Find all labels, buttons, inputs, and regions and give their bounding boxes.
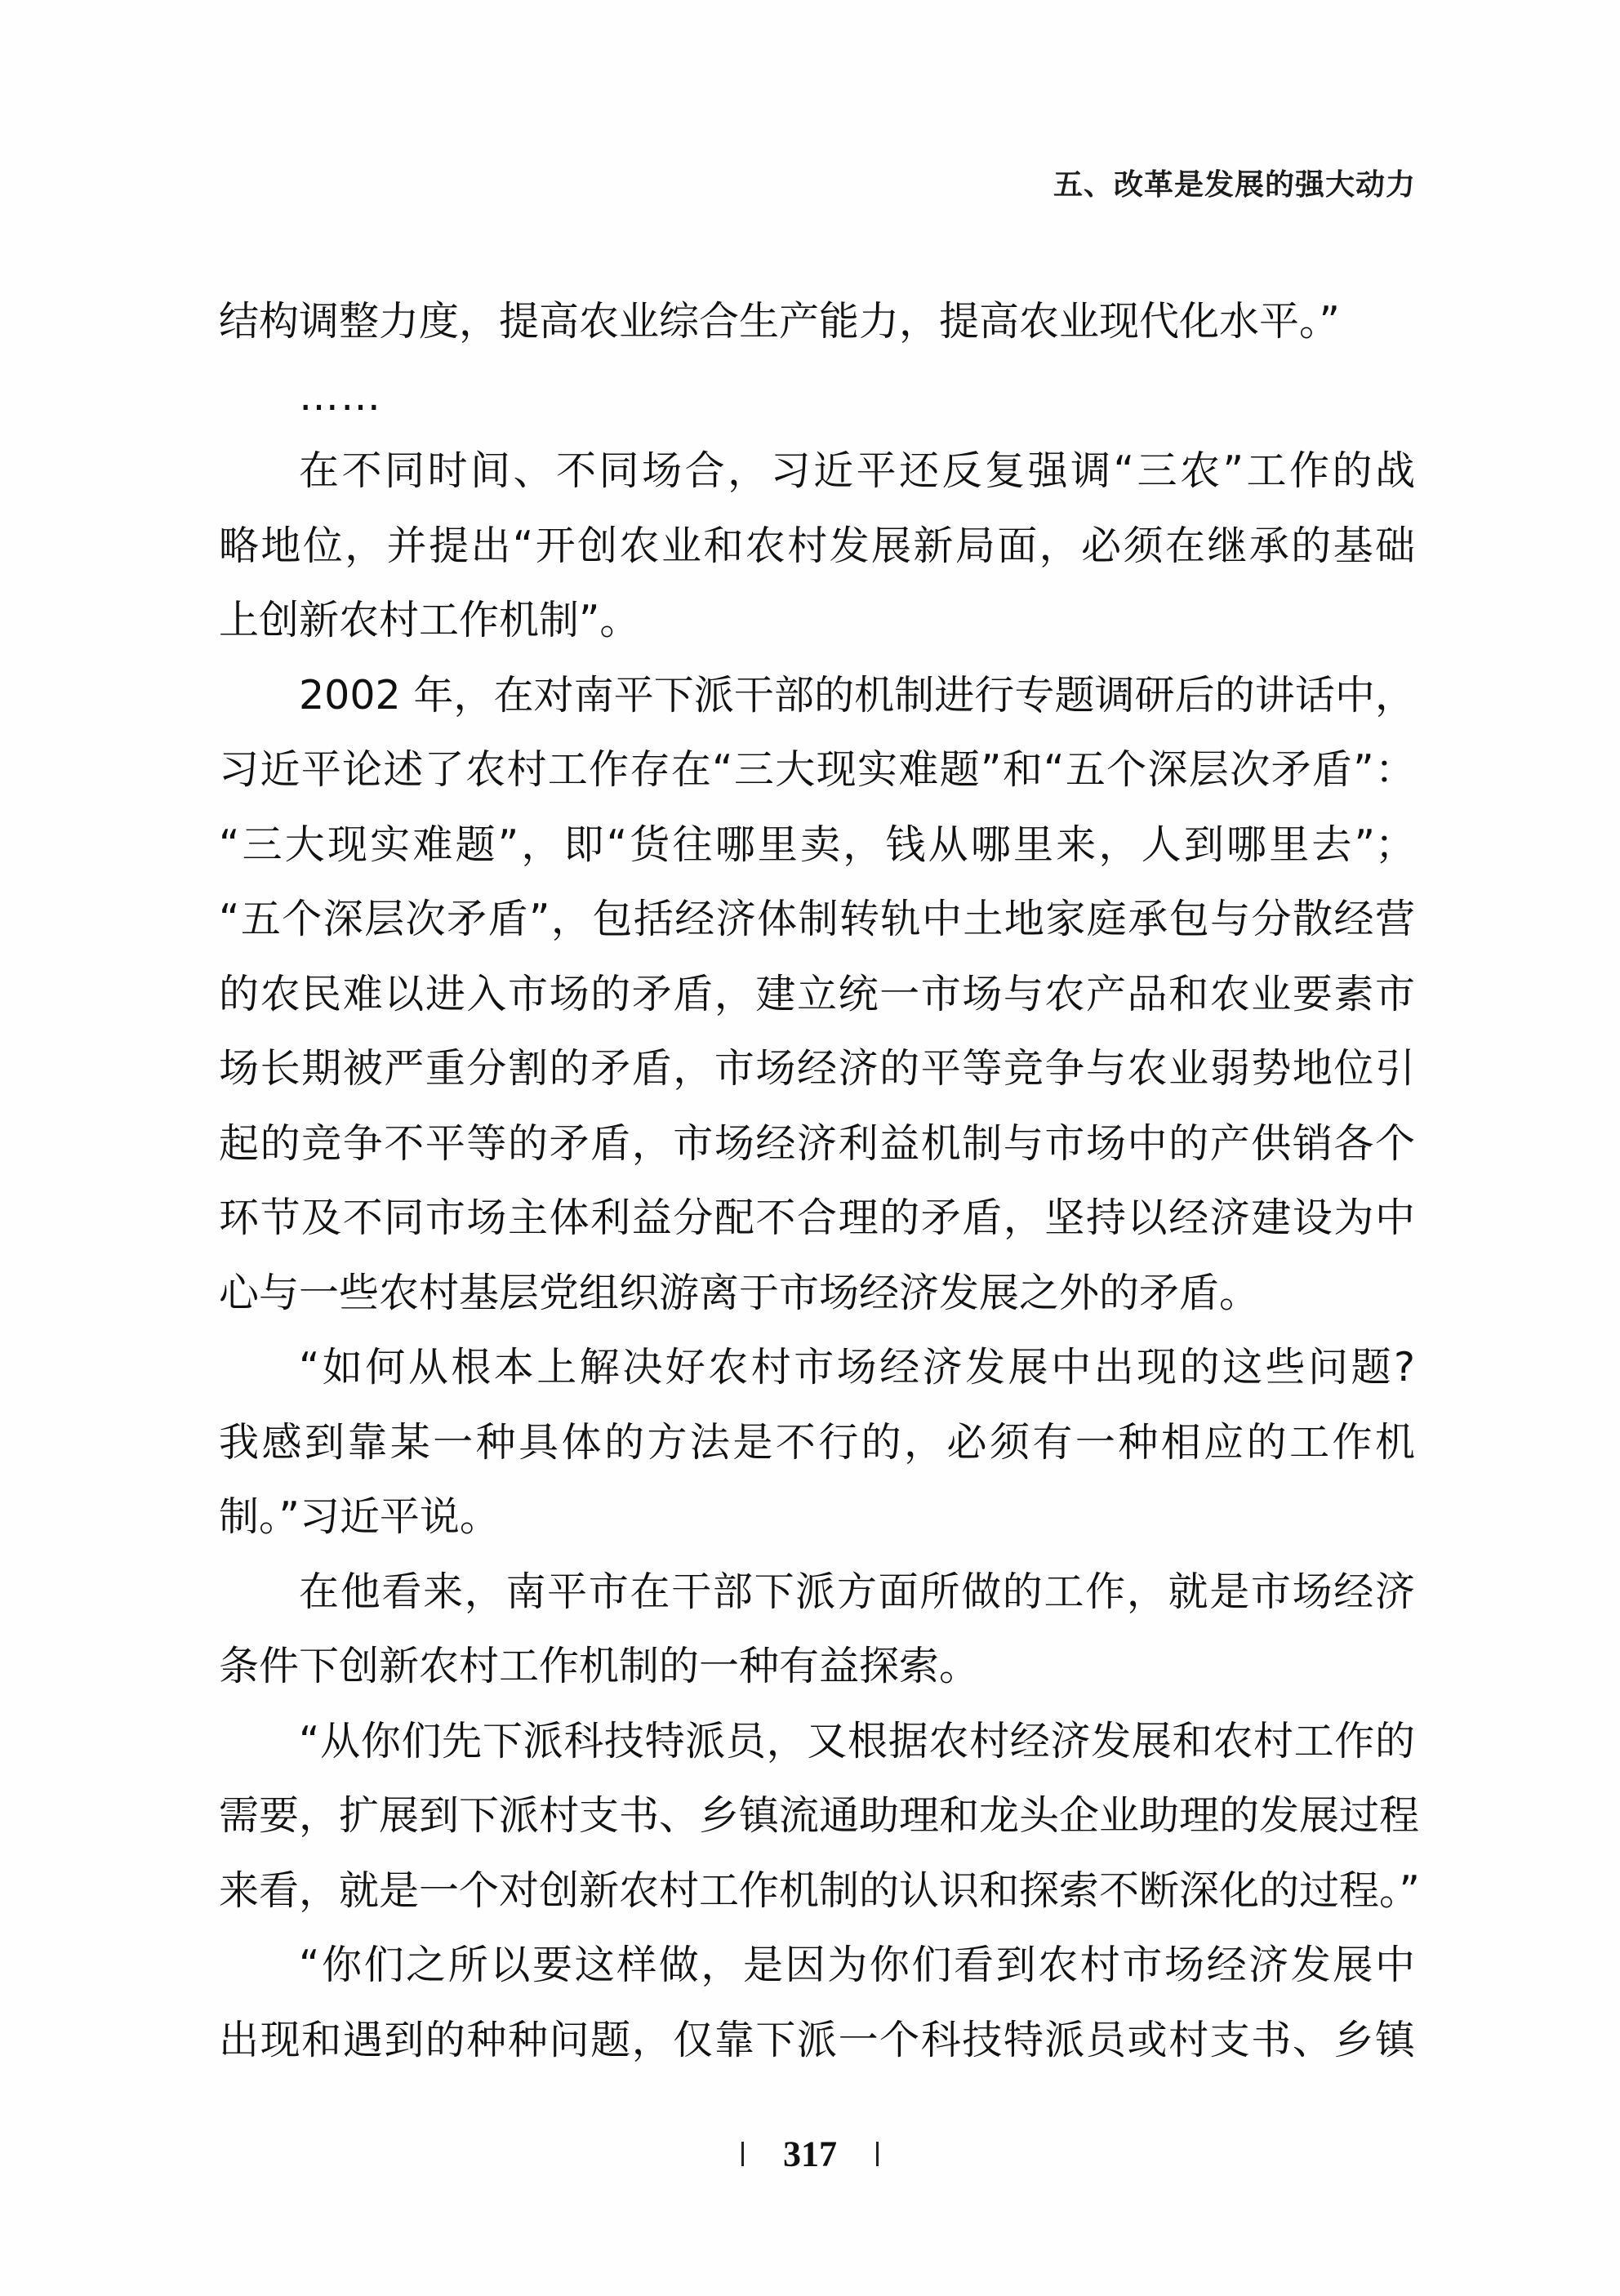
text-line: 在不同时间、不同场合，习近平还反复强调“三农”工作的战 [219,434,1415,509]
text-line: “五个深层次矛盾”，包括经济体制转轨中土地家庭承包与分散经营 [219,882,1415,957]
text-line: 在他看来，南平市在干部下派方面所做的工作，就是市场经济 [219,1555,1415,1630]
body-text: 结构调整力度，提高农业综合生产能力，提高农业现代化水平。” …… 在不同时间、不… [219,284,1415,2077]
text-line: 上创新农村工作机制”。 [219,583,1415,658]
text-line: 结构调整力度，提高农业综合生产能力，提高农业现代化水平。” [219,284,1415,359]
text-line: “如何从根本上解决好农村市场经济发展中出现的这些问题? [219,1330,1415,1405]
text-line: 制。”习近平说。 [219,1479,1415,1555]
text-line: 2002 年，在对南平下派干部的机制进行专题调研后的讲话中， [219,658,1415,733]
text-line: 的农民难以进入市场的矛盾，建立统一市场与农产品和农业要素市 [219,957,1415,1032]
text-line: 条件下创新农村工作机制的一种有益探索。 [219,1629,1415,1704]
text-line: “从你们先下派科技特派员，又根据农村经济发展和农村工作的 [219,1704,1415,1779]
running-header: 五、改革是发展的强大动力 [1053,162,1416,203]
text-line: 略地位，并提出“开创农业和农村发展新局面，必须在继承的基础 [219,509,1415,584]
text-line: 需要，扩展到下派村支书、乡镇流通助理和龙头企业助理的发展过程 [219,1778,1415,1853]
text-line: …… [219,359,1415,434]
text-line: 出现和遇到的种种问题，仅靠下派一个科技特派员或村支书、乡镇 [219,2003,1415,2078]
text-line: “你们之所以要这样做，是因为你们看到农村市场经济发展中 [219,1928,1415,2003]
page-number-left-bar [741,2142,744,2166]
page-number-value: 317 [783,2134,837,2174]
text-line: “三大现实难题”，即“货往哪里卖，钱从哪里来，人到哪里去”； [219,808,1415,883]
page-number-right-bar [876,2142,879,2166]
text-line: 起的竞争不平等的矛盾，市场经济利益机制与市场中的产供销各个 [219,1106,1415,1181]
text-line: 来看，就是一个对创新农村工作机制的认识和探索不断深化的过程。” [219,1853,1415,1929]
book-page: 五、改革是发展的强大动力 结构调整力度，提高农业综合生产能力，提高农业现代化水平… [0,0,1620,2296]
text-line: 环节及不同市场主体利益分配不合理的矛盾，坚持以经济建设为中 [219,1181,1415,1256]
text-line: 我感到靠某一种具体的方法是不行的，必须有一种相应的工作机 [219,1405,1415,1480]
text-line: 场长期被严重分割的矛盾，市场经济的平等竞争与农业弱势地位引 [219,1031,1415,1106]
page-number: 317 [0,2129,1620,2174]
text-line: 心与一些农村基层党组织游离于市场经济发展之外的矛盾。 [219,1256,1415,1331]
text-line: 习近平论述了农村工作存在“三大现实难题”和“五个深层次矛盾”： [219,732,1415,808]
